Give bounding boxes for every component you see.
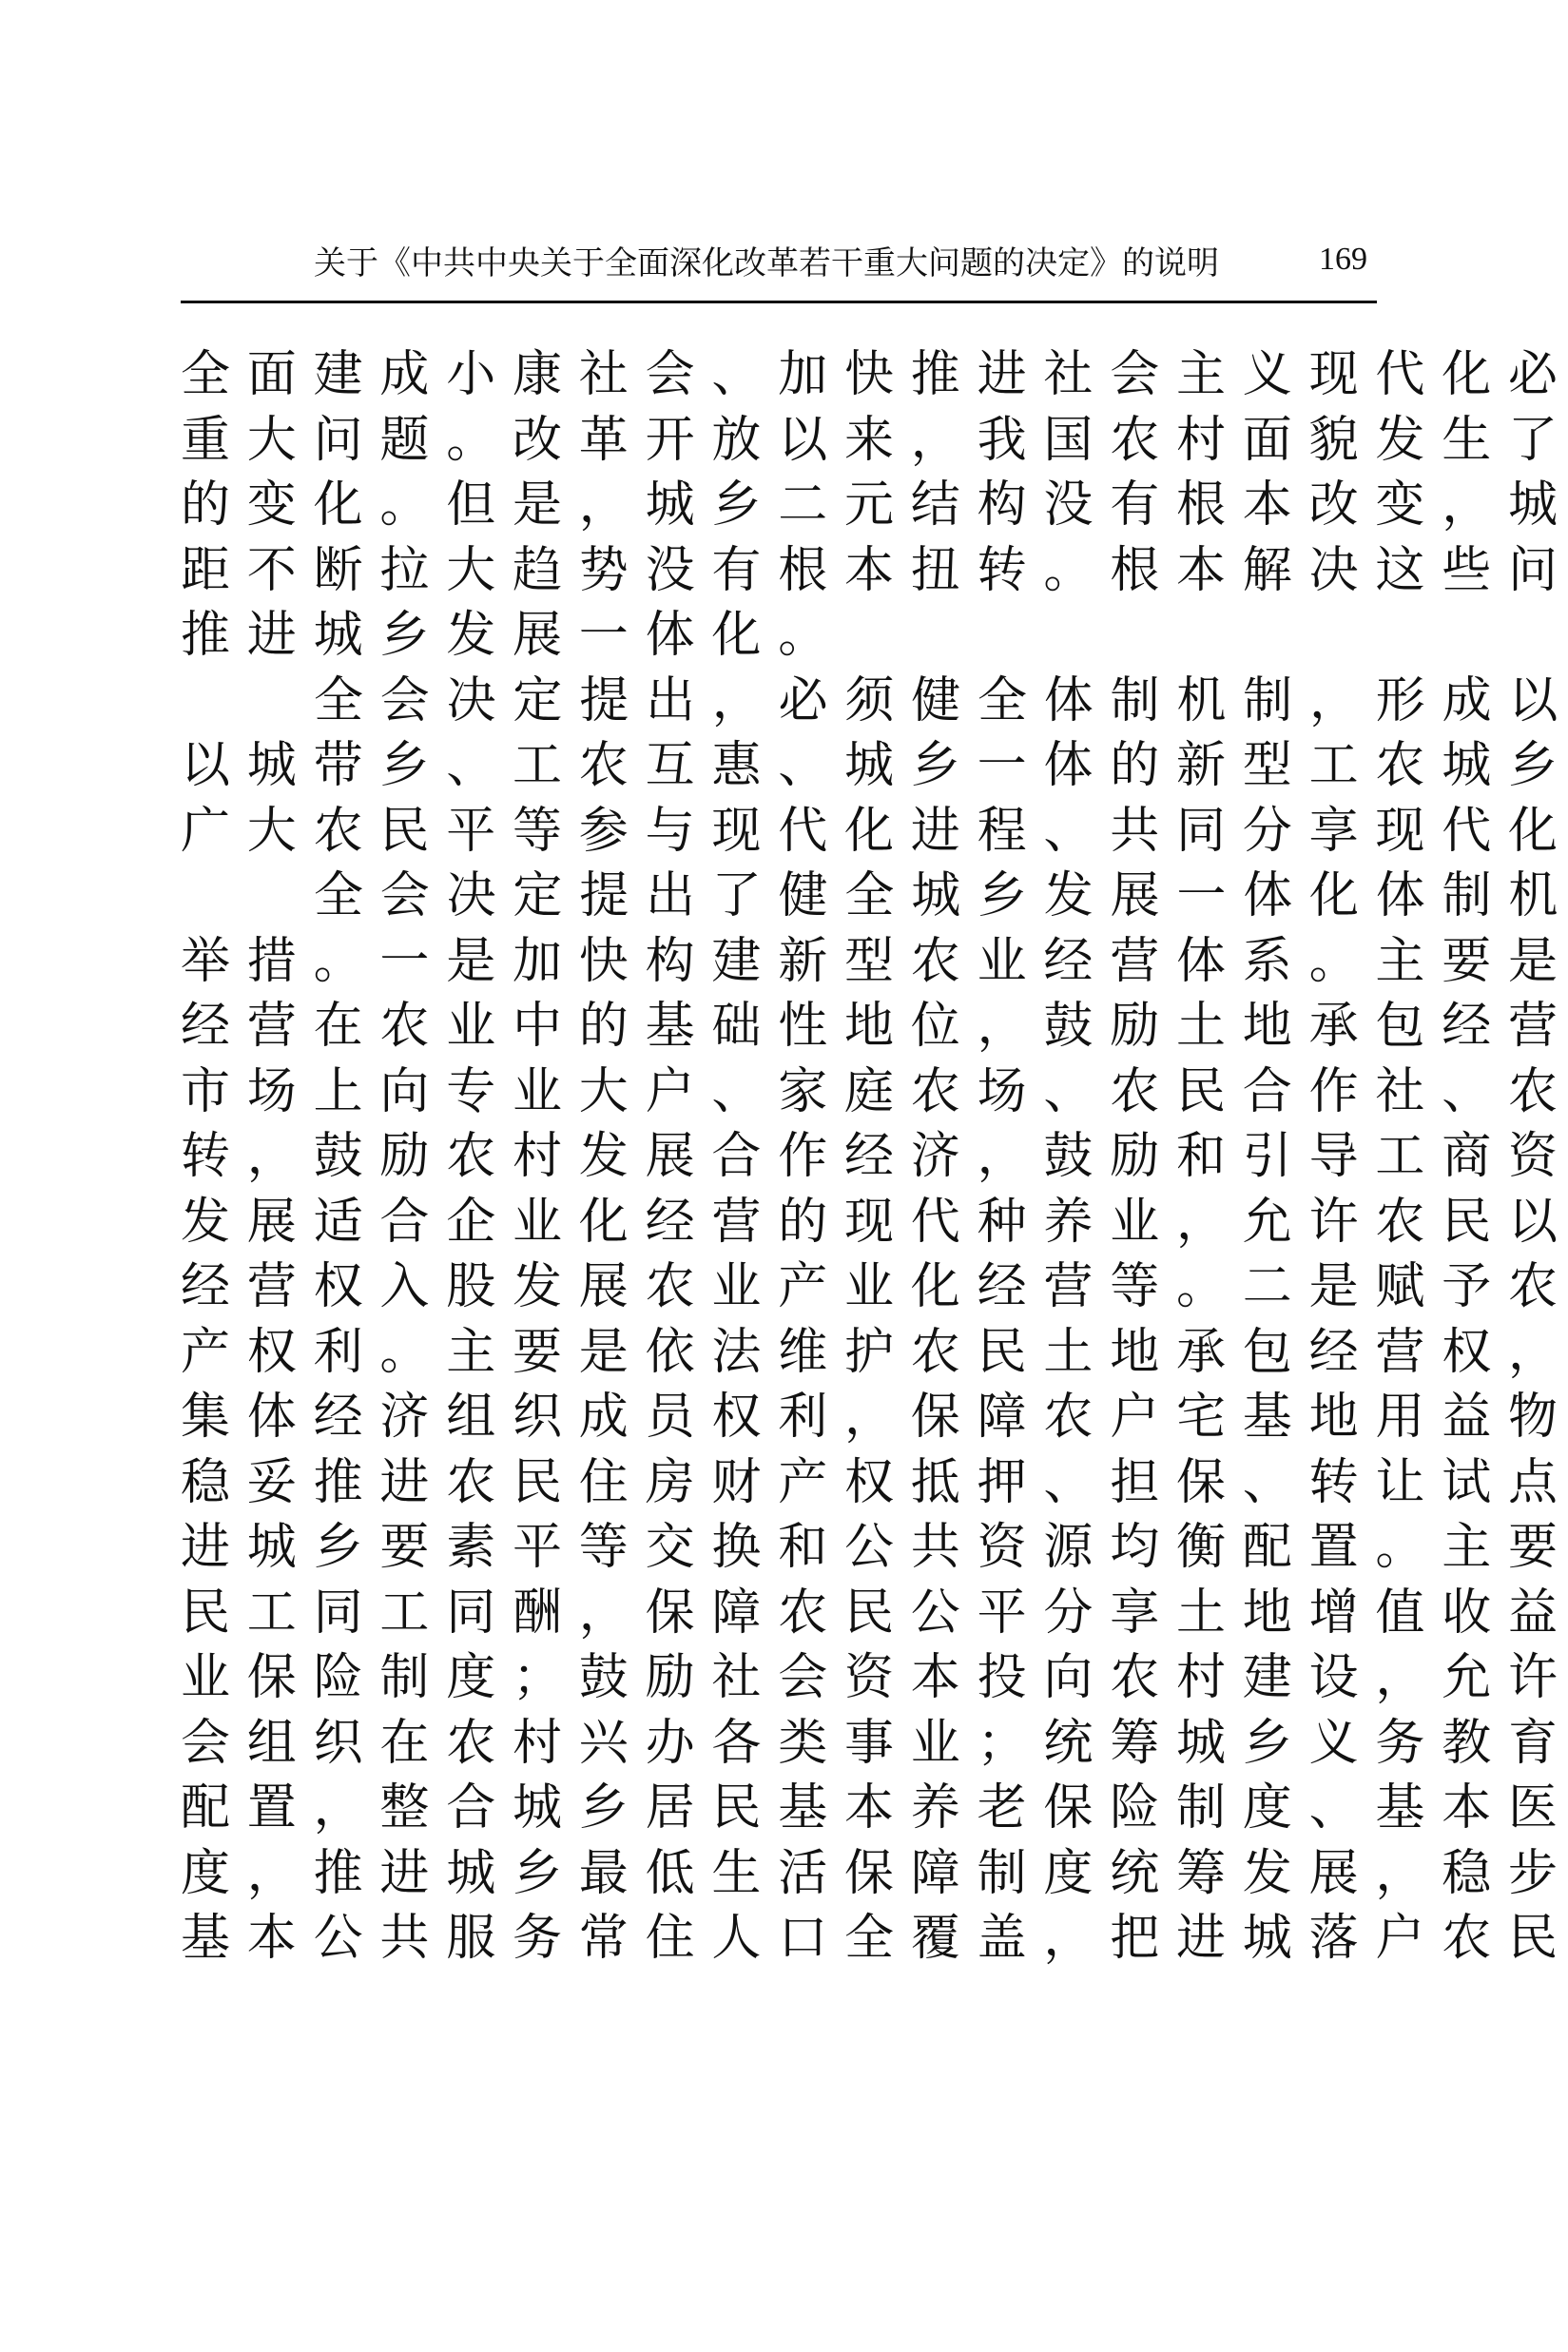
text-line: 全会决定提出，必须健全体制机制，形成以工促农、 — [181, 669, 1381, 734]
paragraph: 全会决定提出，必须健全体制机制，形成以工促农、 以城带乡、工农互惠、城乡一体的新… — [181, 669, 1381, 865]
text-line: 全面建成小康社会、加快推进社会主义现代化必须解决的 — [181, 342, 1381, 408]
text-line: 推进城乡发展一体化。 — [181, 603, 1381, 669]
text-line: 会组织在农村兴办各类事业；统筹城乡义务教育资源均衡 — [181, 1711, 1381, 1777]
text-line: 发展适合企业化经营的现代种养业，允许农民以土地承包 — [181, 1190, 1381, 1255]
text-line: 经营在农业中的基础性地位，鼓励土地承包经营权在公开 — [181, 994, 1381, 1059]
text-line: 广大农民平等参与现代化进程、共同分享现代化成果。 — [181, 799, 1381, 865]
text-line: 度，推进城乡最低生活保障制度统筹发展，稳步推进城镇 — [181, 1841, 1381, 1907]
body-text: 全面建成小康社会、加快推进社会主义现代化必须解决的 重大问题。改革开放以来，我国… — [181, 342, 1381, 1972]
text-line: 市场上向专业大户、家庭农场、农民合作社、农业企业流 — [181, 1059, 1381, 1125]
text-line: 全会决定提出了健全城乡发展一体化体制机制的改革 — [181, 864, 1381, 929]
text-line: 民工同工同酬，保障农民公平分享土地增值收益；完善农 — [181, 1581, 1381, 1646]
text-line: 举措。一是加快构建新型农业经营体系。主要是坚持家庭 — [181, 929, 1381, 995]
page-number: 169 — [1319, 242, 1367, 278]
text-line: 基本公共服务常住人口全覆盖，把进城落户农民完全纳入 — [181, 1906, 1381, 1972]
text-line: 集体经济组织成员权利，保障农户宅基地用益物权，慎重 — [181, 1385, 1381, 1450]
text-line: 以城带乡、工农互惠、城乡一体的新型工农城乡关系，让 — [181, 733, 1381, 799]
paragraph: 全会决定提出了健全城乡发展一体化体制机制的改革 举措。一是加快构建新型农业经营体… — [181, 864, 1381, 1972]
text-line: 稳妥推进农民住房财产权抵押、担保、转让试点。三是推 — [181, 1450, 1381, 1516]
text-line: 配置，整合城乡居民基本养老保险制度、基本医疗保险制 — [181, 1776, 1381, 1841]
text-line: 重大问题。改革开放以来，我国农村面貌发生了翻天覆地 — [181, 408, 1381, 474]
text-line: 的变化。但是，城乡二元结构没有根本改变，城乡发展差 — [181, 473, 1381, 538]
paragraph: 全面建成小康社会、加快推进社会主义现代化必须解决的 重大问题。改革开放以来，我国… — [181, 342, 1381, 669]
text-line: 业保险制度；鼓励社会资本投向农村建设，允许企业和社 — [181, 1645, 1381, 1711]
text-line: 产权利。主要是依法维护农民土地承包经营权，保障农民 — [181, 1320, 1381, 1386]
header-rule — [181, 301, 1377, 303]
running-header: 关于《中共中央关于全面深化改革若干重大问题的决定》的说明 169 — [314, 236, 1377, 283]
text-line: 经营权入股发展农业产业化经营等。二是赋予农民更多财 — [181, 1254, 1381, 1320]
text-line: 转，鼓励农村发展合作经济，鼓励和引导工商资本到农村 — [181, 1124, 1381, 1190]
text-line: 距不断拉大趋势没有根本扭转。根本解决这些问题，必须 — [181, 538, 1381, 604]
running-header-title: 关于《中共中央关于全面深化改革若干重大问题的决定》的说明 — [314, 237, 1219, 283]
text-line: 进城乡要素平等交换和公共资源均衡配置。主要是保障农 — [181, 1515, 1381, 1581]
